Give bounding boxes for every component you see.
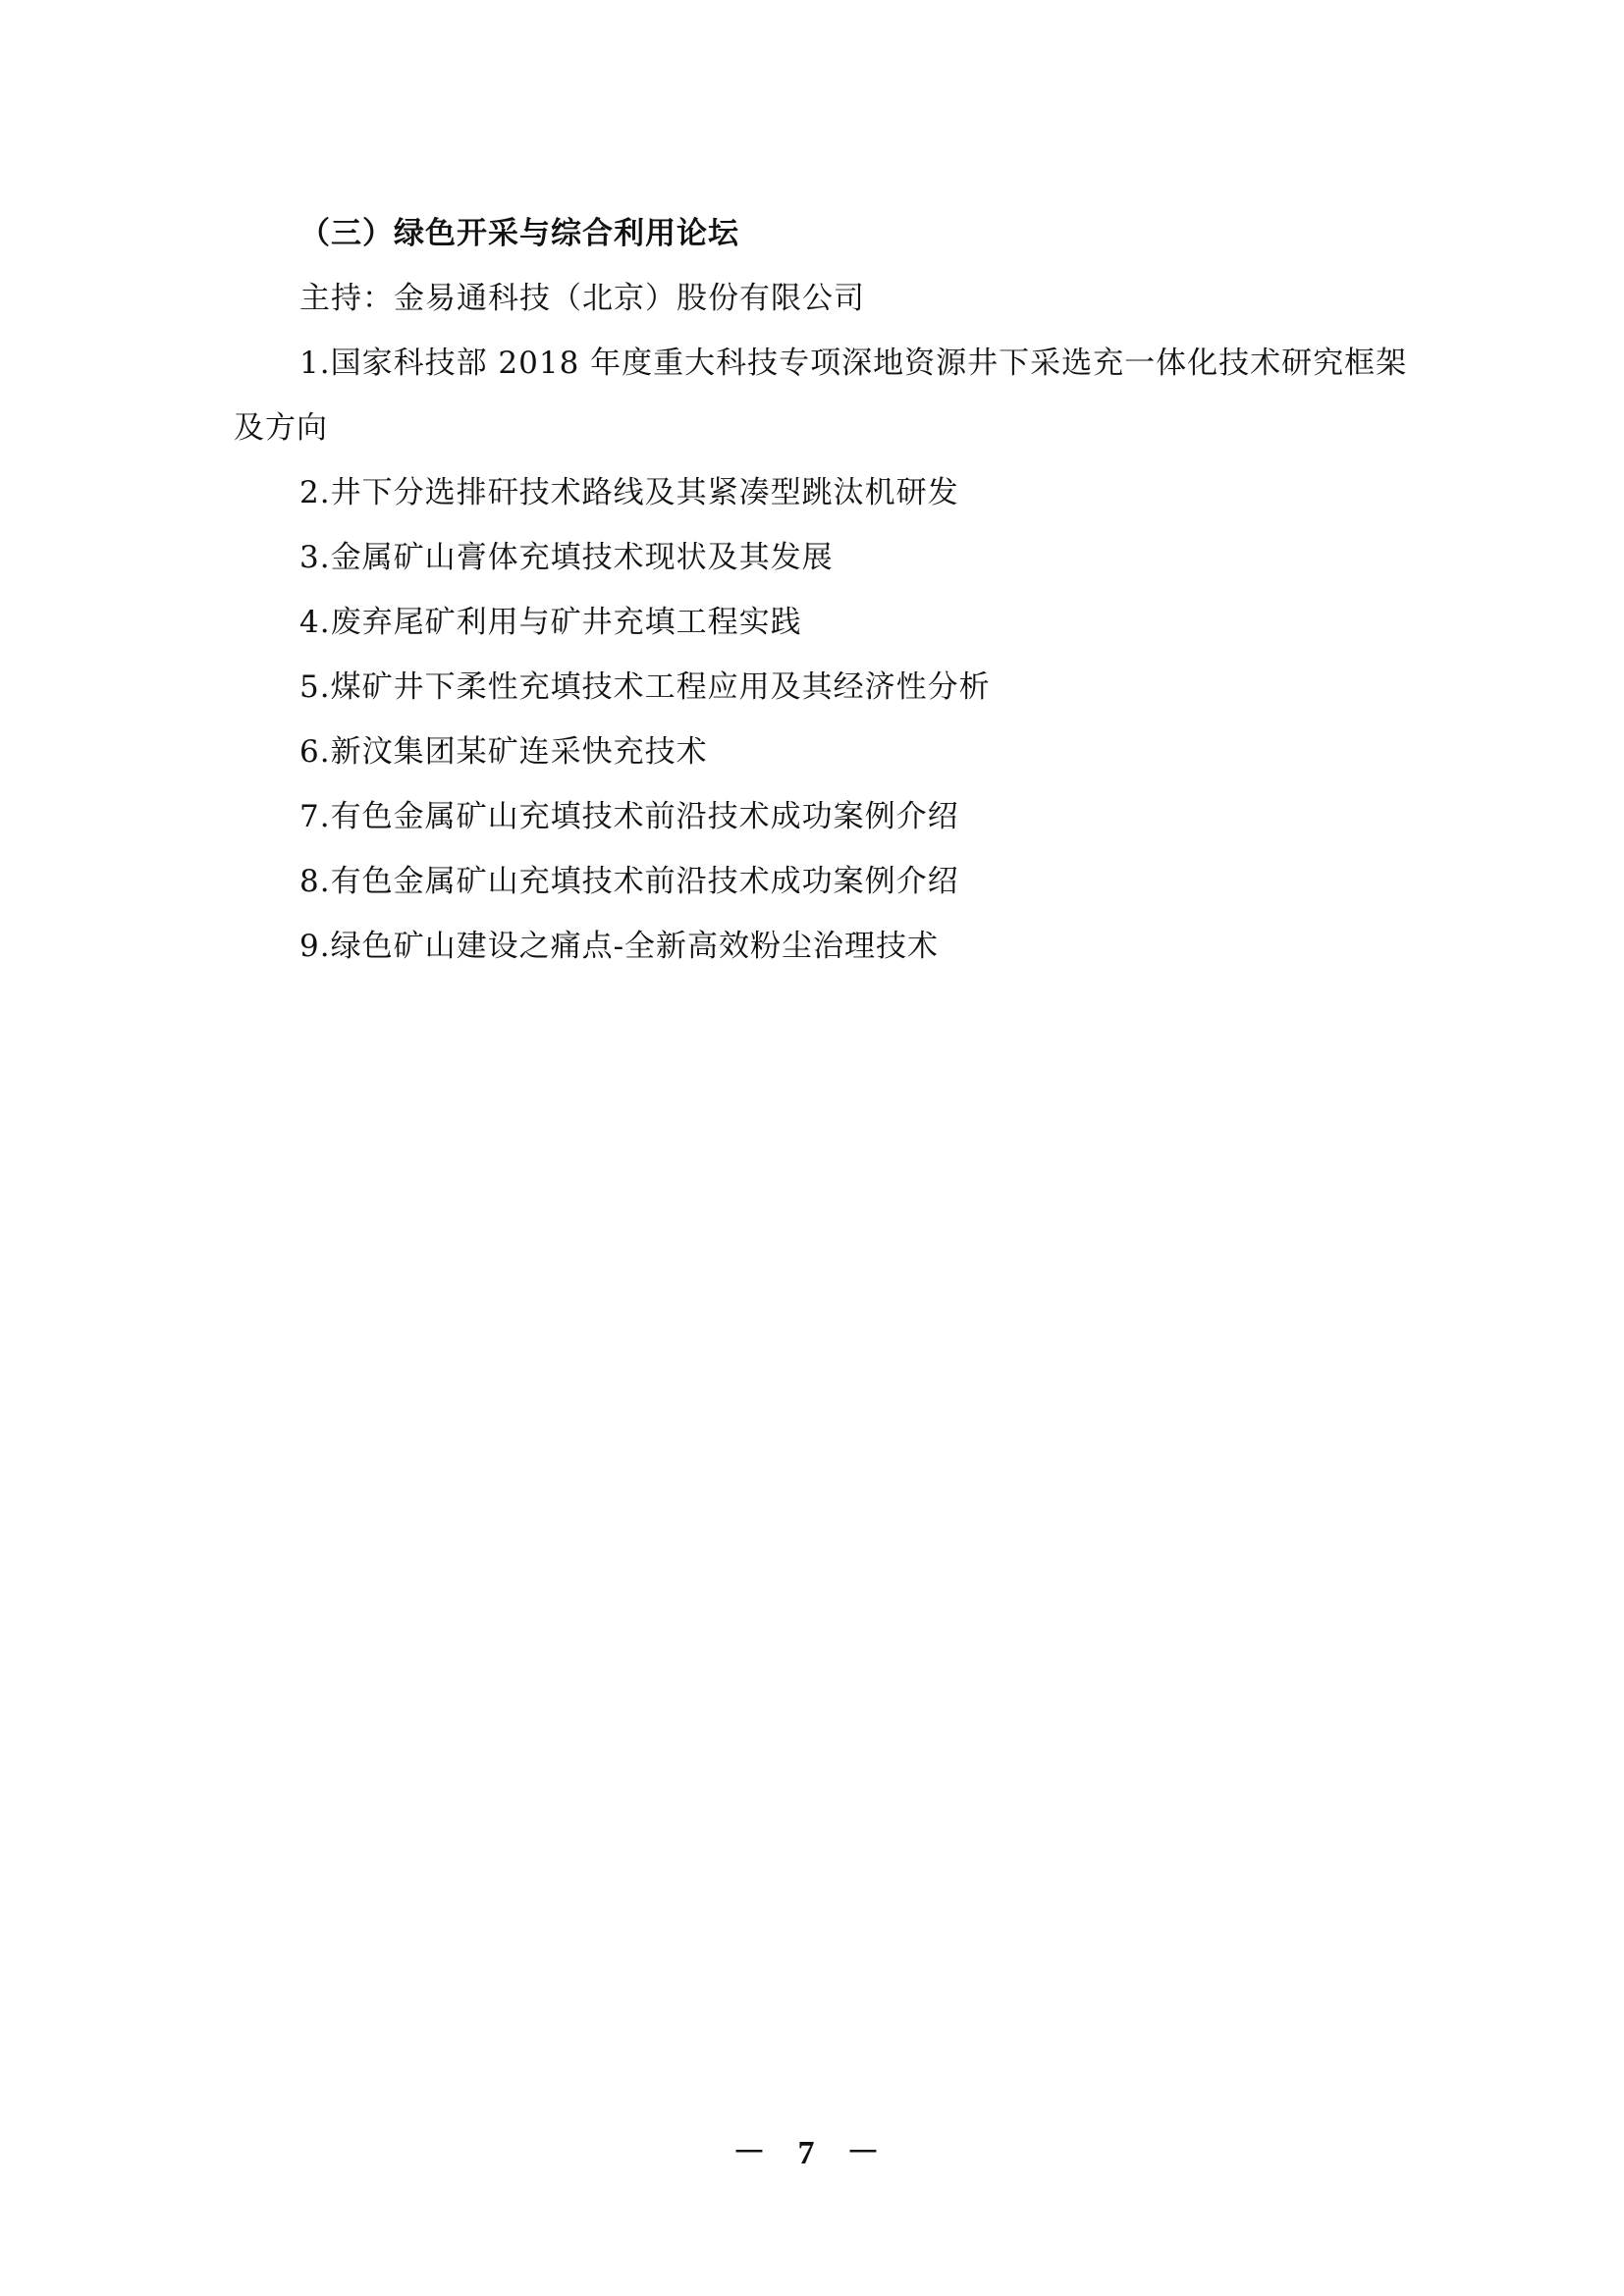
list-item-9: 9.绿色矿山建设之痛点-全新高效粉尘治理技术 bbox=[299, 927, 939, 966]
section-heading: （三）绿色开采与综合利用论坛 bbox=[299, 214, 739, 253]
list-item-3: 3.金属矿山膏体充填技术现状及其发展 bbox=[299, 538, 834, 577]
host-line: 主持：金易通科技（北京）股份有限公司 bbox=[299, 279, 865, 318]
list-item-2: 2.井下分选排矸技术路线及其紧凑型跳汰机研发 bbox=[299, 473, 959, 512]
list-item-1-continuation: 及方向 bbox=[234, 408, 328, 448]
list-item-4: 4.废弃尾矿利用与矿井充填工程实践 bbox=[299, 603, 802, 642]
list-item-6: 6.新汶集团某矿连采快充技术 bbox=[299, 732, 708, 772]
list-item-5: 5.煤矿井下柔性充填技术工程应用及其经济性分析 bbox=[299, 667, 991, 707]
list-item-1: 1.国家科技部 2018 年度重大科技专项深地资源井下采选充一体化技术研究框架 bbox=[299, 344, 1407, 383]
list-item-7: 7.有色金属矿山充填技术前沿技术成功案例介绍 bbox=[299, 797, 959, 836]
page-number: － 7 － bbox=[0, 2125, 1624, 2173]
document-page: （三）绿色开采与综合利用论坛 主持：金易通科技（北京）股份有限公司 1.国家科技… bbox=[0, 0, 1624, 2296]
list-item-8: 8.有色金属矿山充填技术前沿技术成功案例介绍 bbox=[299, 862, 959, 901]
